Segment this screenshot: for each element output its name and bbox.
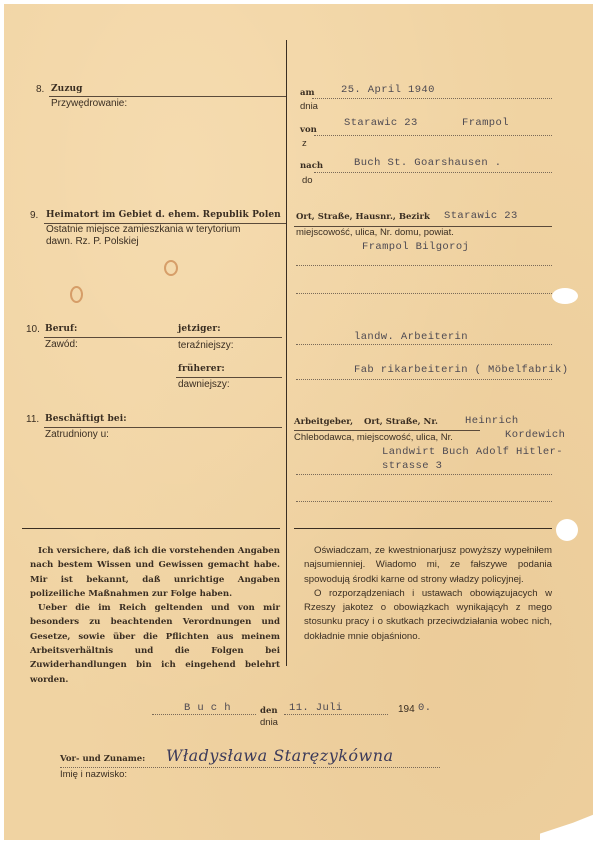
section-9-label-pl-2: dawn. Rz. P. Polskiej [46, 236, 139, 247]
date-label-de: am [300, 88, 315, 98]
from-line [314, 135, 552, 136]
section-8-label-pl: Przywędrowanie: [51, 98, 127, 109]
signature-date-label-pl: dnia [260, 717, 278, 728]
signature-date-line [284, 714, 388, 715]
declaration-de: Ich versichere, daß ich die vorstehenden… [30, 544, 280, 687]
current-occupation-label-de: jetziger: [178, 324, 221, 334]
rust-stain [70, 286, 83, 303]
section-8-number: 8. [36, 84, 44, 95]
current-occupation-value: landw. Arbeiterin [354, 331, 468, 343]
previous-occupation-line [296, 379, 552, 380]
name-label-pl: Imię i nazwisko: [60, 769, 127, 780]
declaration-pl-paragraph-1: Oświadczam, ze kwestnionarjusz powyższy … [304, 544, 552, 587]
section-9-number: 9. [30, 210, 38, 221]
arrival-date-value: 25. April 1940 [341, 84, 435, 96]
declaration-pl: Oświadczam, ze kwestnionarjusz powyższy … [304, 544, 552, 644]
address-label-pl: miejscowość, ulica, Nr. domu, powiat. [296, 227, 454, 238]
from-label-de: von [300, 125, 317, 135]
declaration-de-paragraph-1: Ich versichere, daß ich die vorstehenden… [30, 544, 280, 601]
section-10-label-de: Beruf: [45, 324, 77, 334]
to-line [314, 172, 552, 173]
section-8-rule [49, 96, 286, 97]
from-label-pl: z [302, 138, 307, 149]
place-line [152, 714, 256, 715]
employer-value-2: Kordewich [505, 429, 565, 441]
current-occupation-label-pl: teraźniejszy: [178, 340, 234, 351]
rust-stain [164, 260, 178, 276]
to-value: Buch St. Goarshausen . [354, 157, 501, 169]
section-10-label-pl: Zawód: [45, 339, 78, 350]
column-divider [286, 40, 287, 666]
previous-occupation-value: Fab rikarbeiterin ( Möbelfabrik) [354, 364, 568, 376]
employer-line-3 [296, 501, 552, 502]
signature-year-printed: 194 [398, 704, 415, 715]
address-line-2 [296, 265, 552, 266]
section-8-label-de: Zuzug [51, 84, 83, 94]
section-separator-left [22, 528, 280, 529]
name-label-de: Vor- und Zuname: [60, 754, 145, 764]
place-value: B u c h [184, 702, 231, 714]
document-page: 8. Zuzug Przywędrowanie: am 25. April 19… [4, 4, 593, 840]
current-occupation-line [296, 344, 552, 345]
declaration-pl-paragraph-2: O rozporządzeniach i ustawach obowiązuja… [304, 587, 552, 644]
punch-hole [552, 288, 578, 304]
from-value-2: Frampol [462, 117, 509, 129]
to-label-pl: do [302, 175, 313, 186]
address-line-3 [296, 293, 552, 294]
section-11-label-pl: Zatrudniony u: [45, 429, 109, 440]
handwritten-signature: Władysława Staręzykówna [166, 746, 394, 765]
section-10-rule [44, 337, 282, 338]
employer-value-4: strasse 3 [382, 460, 442, 472]
employer-rule [294, 430, 480, 431]
employer-value-3: Landwirt Buch Adolf Hitler- [382, 446, 563, 458]
signature-date-label-de: den [260, 706, 278, 716]
section-11-label-de: Beschäftigt bei: [45, 414, 127, 424]
previous-occupation-label-pl: dawniejszy: [178, 379, 230, 390]
employer-label-de-2: Ort, Straße, Nr. [364, 417, 438, 427]
address-value-1: Starawic 23 [444, 210, 518, 222]
section-9-label-pl-1: Ostatnie miejsce zamieszkania w terytori… [46, 224, 241, 235]
employer-label-de-1: Arbeitgeber, [294, 417, 353, 427]
to-label-de: nach [300, 161, 323, 171]
name-line [60, 767, 440, 768]
employer-label-pl: Chlebodawca, miejscowość, ulica, Nr. [294, 432, 453, 443]
signature-date-value: 11. Juli [289, 702, 343, 714]
section-separator-right [294, 528, 552, 529]
section-11-rule [44, 427, 282, 428]
declaration-de-paragraph-2: Ueber die im Reich geltenden und von mir… [30, 601, 280, 687]
section-11-number: 11. [26, 414, 39, 425]
previous-occupation-rule [176, 377, 282, 378]
address-label-de: Ort, Straße, Hausnr., Bezirk [296, 212, 430, 222]
from-value-1: Starawic 23 [344, 117, 418, 129]
previous-occupation-label-de: früherer: [178, 364, 225, 374]
date-label-pl: dnia [300, 101, 318, 112]
employer-line-2 [296, 474, 552, 475]
punch-hole [556, 519, 578, 541]
signature-year-typed: 0. [418, 702, 431, 714]
section-10-number: 10. [26, 324, 40, 335]
arrival-date-line [312, 98, 552, 99]
employer-value-1: Heinrich [465, 415, 519, 427]
section-9-label-de: Heimatort im Gebiet d. ehem. Republik Po… [46, 210, 281, 220]
address-value-2: Frampol Bilgoroj [362, 241, 469, 253]
